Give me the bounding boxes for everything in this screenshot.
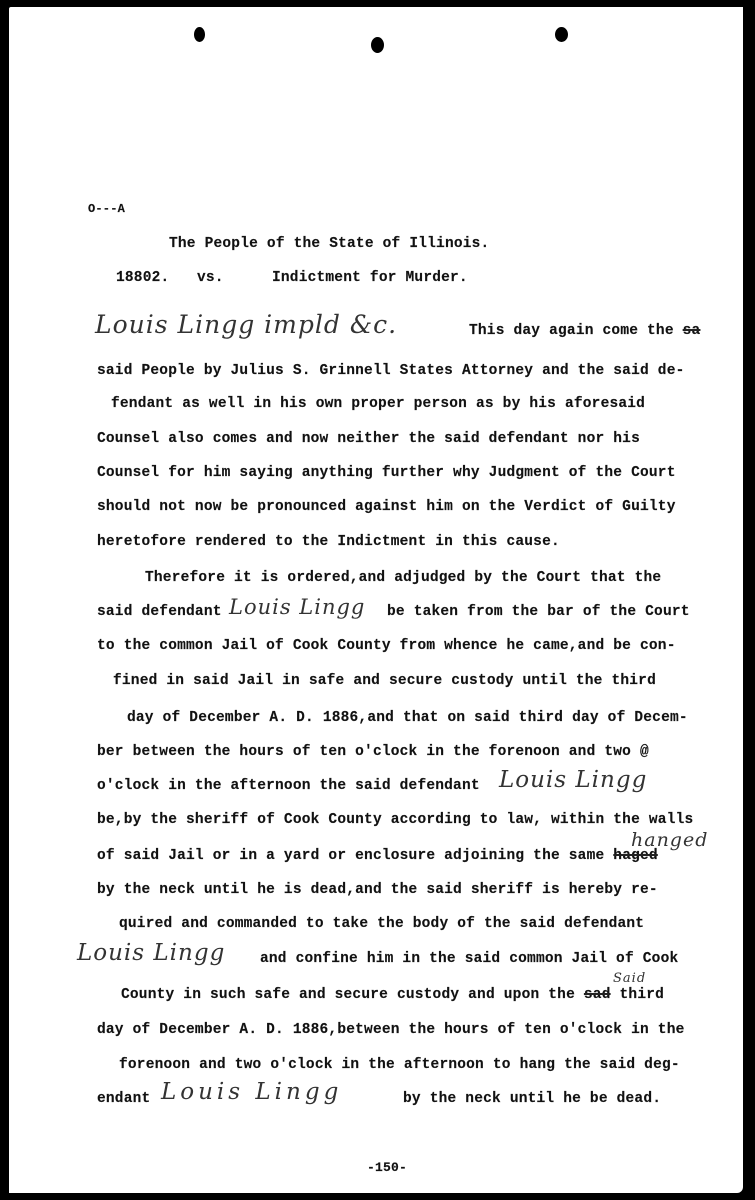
punch-hole-left [194,27,205,42]
text-line-2: said People by Julius S. Grinnell States… [97,363,685,379]
handwritten-heading: Louis Lingg impld &c. [95,310,397,339]
case-caption: The People of the State of Illinois. [169,236,489,252]
document-marker: O---A [88,202,125,216]
handwritten-name: Louis Lingg [499,767,647,793]
handwritten-name: Louis Lingg [77,940,225,966]
text-line-11: fined in said Jail in safe and secure cu… [113,673,656,689]
text-line-22: forenoon and two o'clock in the afternoo… [119,1057,680,1073]
punch-hole-right [555,27,568,42]
text-line-10: to the common Jail of Cook County from w… [97,638,676,654]
struck-text: sa [683,323,701,339]
text-line-16: of said Jail or in a yard or enclosure a… [97,848,658,864]
text-line-18: quired and commanded to take the body of… [119,916,644,932]
case-number: 18802. [116,270,169,286]
text-line-19-post: and confine him in the said common Jail … [260,951,678,967]
text-line-12: day of December A. D. 1886,and that on s… [127,710,688,726]
text-line-17: by the neck until he is dead,and the sai… [97,882,658,898]
page-number: -150- [367,1160,407,1175]
text-line-4: Counsel also comes and now neither the s… [97,431,640,447]
struck-text: haged [613,848,658,864]
text-line-20: County in such safe and secure custody a… [121,987,664,1003]
text-line-6: should not now be pronounced against him… [97,499,676,515]
text-line-23-post: by the neck until he be dead. [403,1091,661,1107]
text-line-9-post: be taken from the bar of the Court [387,604,690,620]
struck-text: sad [584,987,611,1003]
text-line-7: heretofore rendered to the Indictment in… [97,534,560,550]
text-line-14-pre: o'clock in the afternoon the said defend… [97,778,480,794]
text-line-8: Therefore it is ordered,and adjudged by … [145,570,661,586]
document-page: O---A The People of the State of Illinoi… [9,7,743,1193]
handwritten-name: Louis Lingg [229,595,365,619]
text-line-3: fendant as well in his own proper person… [111,396,645,412]
text-line-15: be,by the sheriff of Cook County accordi… [97,812,693,828]
text-line-5: Counsel for him saying anything further … [97,465,676,481]
text-line-1: This day again come the sa [469,323,700,339]
handwritten-insert-said: Said [613,971,646,986]
text-line-21: day of December A. D. 1886,between the h… [97,1022,685,1038]
text-line-13: ber between the hours of ten o'clock in … [97,744,649,760]
handwritten-name: Louis Lingg [161,1079,342,1105]
text-line-9-pre: said defendant [97,604,222,620]
versus: vs. [197,270,224,286]
punch-hole-center [371,37,384,53]
charge-title: Indictment for Murder. [272,270,468,286]
text-line-23-pre: endant [97,1091,150,1107]
